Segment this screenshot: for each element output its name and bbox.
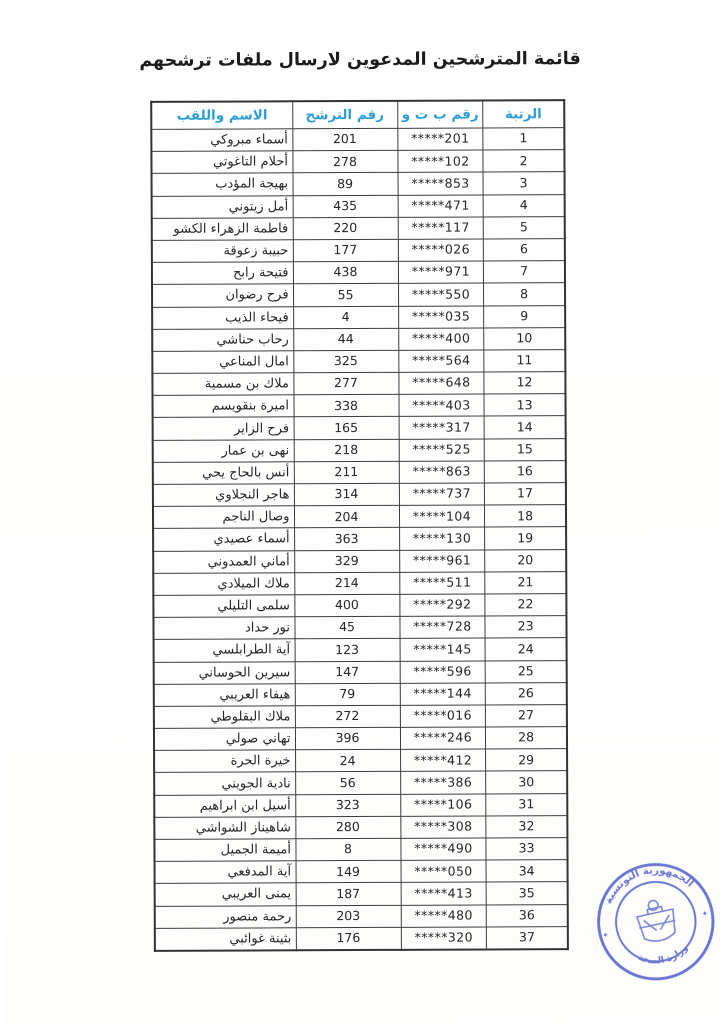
cell-app: 203 [296, 905, 401, 928]
cell-app: 220 [293, 217, 398, 240]
table-row: 29*****41224خيرة الحرة [154, 749, 567, 773]
cell-id: *****412 [400, 749, 486, 772]
cell-id: *****961 [399, 550, 485, 573]
cell-rank: 15 [485, 438, 566, 461]
stamp-emblem [634, 897, 679, 945]
table-row: 24*****145123آية الطرابلسي [154, 638, 567, 662]
cell-name: فتيحة رابح [152, 262, 293, 285]
cell-rank: 37 [487, 926, 568, 949]
cell-name: هيفاء العريبي [154, 683, 295, 706]
header-application-number: رقم الترشح [292, 101, 397, 129]
table-row: 16*****863211أنس بالحاج يحي [153, 460, 566, 484]
cell-rank: 17 [485, 483, 566, 506]
cell-app: 214 [294, 572, 399, 595]
table-row: 3*****85389بهيجة المؤدب [152, 172, 565, 196]
cell-id: *****648 [398, 372, 484, 395]
cell-rank: 3 [483, 172, 564, 195]
cell-name: حبيبة زعوقة [152, 240, 293, 263]
cell-rank: 35 [486, 882, 567, 905]
cell-app: 149 [296, 861, 401, 884]
cell-id: *****026 [398, 239, 484, 262]
cell-app: 204 [294, 506, 399, 529]
cell-name: آية الطرابلسي [154, 639, 295, 662]
cell-id: *****144 [400, 683, 486, 706]
cell-app: 218 [294, 439, 399, 462]
table-row: 26*****14479هيفاء العريبي [154, 682, 567, 706]
cell-app: 56 [295, 772, 400, 795]
table-row: 27*****016272ملاك البقلوطي [154, 704, 567, 728]
cell-id: *****403 [398, 394, 484, 417]
table-row: 2*****102278أحلام التاغوتي [151, 150, 564, 174]
header-row: الرتبة رقم ب ت و رقم الترشح الاسم واللقب [151, 100, 564, 129]
cell-id: *****130 [399, 527, 485, 550]
table-header: الرتبة رقم ب ت و رقم الترشح الاسم واللقب [151, 100, 564, 129]
header-full-name: الاسم واللقب [151, 101, 292, 129]
cell-id: *****480 [401, 905, 487, 928]
cell-rank: 29 [486, 749, 567, 772]
table-row: 32*****308280شاهيناز الشواشي [154, 815, 567, 839]
cell-app: 187 [296, 883, 401, 906]
cell-app: 24 [295, 750, 400, 773]
table-row: 8*****55055فرح رضوان [152, 283, 565, 307]
cell-rank: 18 [485, 505, 566, 528]
cell-name: نور حداد [153, 617, 294, 640]
cell-app: 89 [293, 173, 398, 196]
cell-rank: 32 [486, 815, 567, 838]
cell-id: *****102 [397, 150, 483, 173]
cell-app: 314 [294, 483, 399, 506]
cell-rank: 7 [484, 261, 565, 284]
cell-rank: 22 [485, 594, 566, 617]
cell-id: *****104 [399, 505, 485, 528]
table-row: 1*****201201أسماء مبروكي [151, 128, 564, 152]
svg-text:وزارة الصحة: وزارة الصحة [634, 941, 692, 971]
stamp-bottom-text: وزارة الصحة [634, 941, 692, 971]
cell-rank: 24 [485, 638, 566, 661]
cell-id: *****050 [401, 860, 487, 883]
cell-id: *****106 [400, 794, 486, 817]
cell-name: رحمة منصور [155, 905, 296, 928]
table-row: 37*****320176بثينة غوائبي [155, 926, 568, 950]
cell-name: فاطمة الزهراء الكشو [152, 218, 293, 241]
cell-id: *****292 [399, 594, 485, 617]
cell-rank: 21 [485, 571, 566, 594]
cell-app: 8 [295, 838, 400, 861]
cell-id: *****596 [400, 660, 486, 683]
cell-id: *****550 [398, 283, 484, 306]
cell-app: 4 [293, 306, 398, 329]
cell-name: سيرين الحوساني [154, 661, 295, 684]
page-title: قائمة المترشحين المدعوين لارسال ملفات تر… [0, 48, 722, 71]
cell-id: *****145 [400, 638, 486, 661]
cell-name: أميمة الجميل [154, 839, 295, 862]
cell-app: 438 [293, 261, 398, 284]
table-row: 33*****4908أميمة الجميل [154, 838, 567, 862]
cell-name: يمنى العريبي [155, 883, 296, 906]
cell-rank: 1 [483, 128, 564, 151]
cell-app: 280 [295, 816, 400, 839]
cell-rank: 31 [486, 793, 567, 816]
cell-app: 435 [293, 195, 398, 218]
table-row: 31*****106323أسيل ابن ابراهيم [154, 793, 567, 817]
candidates-table: الرتبة رقم ب ت و رقم الترشح الاسم واللقب… [150, 99, 569, 952]
cell-name: فرح الزاير [153, 417, 294, 440]
table-row: 19*****130363أسماء عصيدي [153, 527, 566, 551]
cell-id: *****490 [400, 838, 486, 861]
cell-rank: 10 [484, 327, 565, 350]
cell-rank: 12 [484, 372, 565, 395]
cell-id: *****246 [400, 727, 486, 750]
table-row: 35*****413187يمنى العريبي [155, 882, 568, 906]
cell-id: *****525 [399, 439, 485, 462]
cell-app: 176 [296, 927, 401, 950]
cell-rank: 6 [484, 239, 565, 262]
table-row: 20*****961329أماني العمدوني [153, 549, 566, 573]
cell-name: ملاك بن مسمية [152, 373, 293, 396]
cell-app: 177 [293, 239, 398, 262]
cell-app: 329 [294, 550, 399, 573]
cell-name: أماني العمدوني [153, 550, 294, 573]
cell-name: وصال الناجم [153, 506, 294, 529]
cell-app: 147 [295, 661, 400, 684]
table-row: 15*****525218نهى بن عمار [153, 438, 566, 462]
cell-app: 396 [295, 727, 400, 750]
cell-id: *****737 [399, 483, 485, 506]
cell-id: *****728 [399, 616, 485, 639]
cell-rank: 5 [484, 216, 565, 239]
cell-app: 272 [295, 705, 400, 728]
cell-rank: 25 [485, 660, 566, 683]
scanned-page: قائمة المترشحين المدعوين لارسال ملفات تر… [0, 0, 724, 1024]
cell-id: *****016 [400, 705, 486, 728]
header-rank: الرتبة [483, 100, 564, 128]
cell-id: *****386 [400, 771, 486, 794]
table-row: 28*****246396تهاني صولي [154, 727, 567, 751]
cell-app: 123 [295, 639, 400, 662]
cell-rank: 9 [484, 305, 565, 328]
cell-rank: 33 [486, 838, 567, 861]
table-row: 10*****40044رحاب حناشي [152, 327, 565, 351]
cell-name: أنس بالحاج يحي [153, 462, 294, 485]
cell-rank: 4 [483, 194, 564, 217]
cell-id: *****320 [401, 927, 487, 950]
cell-name: شاهيناز الشواشي [154, 817, 295, 840]
candidate-table-body: 1*****201201أسماء مبروكي2*****102278أحلا… [151, 128, 567, 951]
cell-name: تهاني صولي [154, 728, 295, 751]
table-row: 11*****564325امال المناعي [152, 349, 565, 373]
table-row: 25*****596147سيرين الحوساني [154, 660, 567, 684]
cell-name: هاجر النجلاوي [153, 484, 294, 507]
table-row: 34*****050149آية المدفعي [155, 860, 568, 884]
cell-id: *****308 [400, 816, 486, 839]
cell-app: 400 [294, 594, 399, 617]
cell-rank: 2 [483, 150, 564, 173]
table-row: 7*****971438فتيحة رابح [152, 261, 565, 285]
cell-name: نهى بن عمار [153, 439, 294, 462]
table-row: 4*****471435أمل زيتوني [152, 194, 565, 218]
header-id-number: رقم ب ت و [397, 100, 483, 128]
cell-name: ملاك الميلادي [153, 573, 294, 596]
table-row: 5*****117220فاطمة الزهراء الكشو [152, 216, 565, 240]
cell-rank: 23 [485, 616, 566, 639]
cell-id: *****471 [398, 195, 484, 218]
cell-app: 278 [292, 151, 397, 174]
cell-name: فيحاء الذيب [152, 306, 293, 329]
cell-rank: 26 [486, 682, 567, 705]
cell-app: 363 [294, 528, 399, 551]
cell-app: 277 [293, 372, 398, 395]
cell-name: اميرة بنقويسم [152, 395, 293, 418]
table-row: 9*****0354فيحاء الذيب [152, 305, 565, 329]
cell-rank: 16 [485, 460, 566, 483]
cell-name: أسيل ابن ابراهيم [154, 794, 295, 817]
cell-name: نادية الجويني [154, 772, 295, 795]
stamp-right-diamond-icon: ✦ [701, 908, 710, 918]
cell-rank: 30 [486, 771, 567, 794]
cell-app: 211 [294, 461, 399, 484]
cell-app: 325 [293, 350, 398, 373]
cell-name: فرح رضوان [152, 284, 293, 307]
cell-app: 44 [293, 328, 398, 351]
table-row: 17*****737314هاجر النجلاوي [153, 483, 566, 507]
cell-name: أحلام التاغوتي [151, 151, 292, 174]
cell-name: آية المدفعي [155, 861, 296, 884]
official-ministry-stamp: الجمهورية التونسية وزارة الصحة ✦ ✦ [581, 847, 724, 997]
cell-id: *****853 [398, 172, 484, 195]
cell-id: *****971 [398, 261, 484, 284]
cell-name: سلمى التليلي [153, 595, 294, 618]
cell-rank: 27 [486, 704, 567, 727]
table-row: 18*****104204وصال الناجم [153, 505, 566, 529]
cell-app: 45 [294, 616, 399, 639]
cell-rank: 34 [486, 860, 567, 883]
cell-rank: 11 [484, 349, 565, 372]
cell-id: *****511 [399, 572, 485, 595]
stamp-left-diamond-icon: ✦ [601, 930, 610, 940]
cell-name: ملاك البقلوطي [154, 706, 295, 729]
table-row: 23*****72845نور حداد [153, 616, 566, 640]
cell-name: أسماء مبروكي [151, 129, 292, 152]
table-row: 22*****292400سلمى التليلي [153, 594, 566, 618]
table-row: 36*****480203رحمة منصور [155, 904, 568, 928]
cell-app: 79 [295, 683, 400, 706]
cell-id: *****317 [399, 416, 485, 439]
cell-name: رحاب حناشي [152, 328, 293, 351]
table-row: 21*****511214ملاك الميلادي [153, 571, 566, 595]
cell-app: 165 [294, 417, 399, 440]
cell-app: 338 [293, 395, 398, 418]
cell-rank: 8 [484, 283, 565, 306]
cell-name: بثينة غوائبي [155, 928, 296, 951]
cell-id: *****863 [399, 461, 485, 484]
cell-name: خيرة الحرة [154, 750, 295, 773]
cell-app: 323 [295, 794, 400, 817]
cell-app: 201 [292, 128, 397, 151]
cell-rank: 14 [484, 416, 565, 439]
table-row: 6*****026177حبيبة زعوقة [152, 239, 565, 263]
table-row: 12*****648277ملاك بن مسمية [152, 372, 565, 396]
cell-id: *****201 [397, 128, 483, 151]
cell-rank: 20 [485, 549, 566, 572]
table-row: 13*****403338اميرة بنقويسم [152, 394, 565, 418]
cell-name: أمل زيتوني [152, 195, 293, 218]
cell-id: *****117 [398, 217, 484, 240]
cell-name: امال المناعي [152, 351, 293, 374]
cell-app: 55 [293, 284, 398, 307]
cell-rank: 36 [487, 904, 568, 927]
cell-id: *****400 [398, 328, 484, 351]
cell-rank: 13 [484, 394, 565, 417]
cell-id: *****035 [398, 305, 484, 328]
cell-id: *****413 [401, 882, 487, 905]
cell-name: بهيجة المؤدب [152, 173, 293, 196]
cell-rank: 19 [485, 527, 566, 550]
table-row: 30*****38656نادية الجويني [154, 771, 567, 795]
cell-name: أسماء عصيدي [153, 528, 294, 551]
cell-rank: 28 [486, 727, 567, 750]
cell-id: *****564 [398, 350, 484, 373]
table-row: 14*****317165فرح الزاير [153, 416, 566, 440]
